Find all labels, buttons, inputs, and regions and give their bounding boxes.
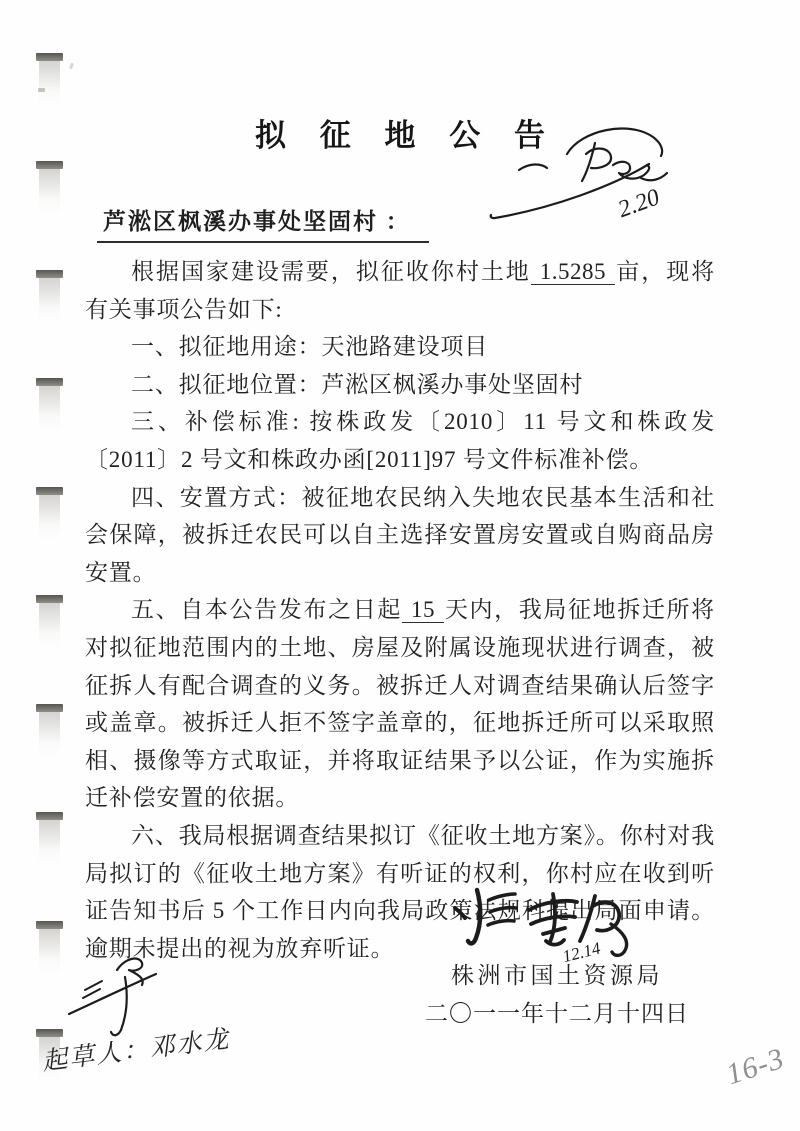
binding-mark [36, 270, 63, 324]
scanned-notice-page: 拟 征 地 公 告 芦淞区枫溪办事处坚固村 ： 根据国家建设需要，拟征收你村土地… [0, 0, 800, 1131]
paragraph-intro: 根据国家建设需要，拟征收你村土地1.5285亩，现将有关事项公告如下: [85, 253, 715, 328]
binding-mark [36, 53, 63, 107]
binding-mark [36, 704, 63, 758]
handwritten-date-top: 2.20 [615, 184, 663, 223]
days-value: 15 [402, 597, 444, 623]
handwritten-date-official: 12.14 [561, 938, 603, 966]
notice-body: 根据国家建设需要，拟征收你村土地1.5285亩，现将有关事项公告如下: 一、拟征… [85, 253, 715, 967]
paragraph-item-2: 二、拟征地位置：芦淞区枫溪办事处坚固村 [85, 366, 715, 404]
page-number: 16-3 [722, 1042, 789, 1093]
paragraph-item-1: 一、拟征地用途：天池路建设项目 [85, 328, 715, 366]
handwritten-signature-official: 12.14 [443, 884, 663, 968]
paragraph-item-3: 三、补偿标准: 按株政发〔2010〕11 号文和株政发〔2011〕2 号文和株政… [85, 403, 715, 478]
item5-text-post: 天内，我局征地拆迁所将对拟征地范围内的土地、房屋及附属设施现状进行调查，被征拆人… [85, 597, 715, 810]
paragraph-item-4: 四、安置方式：被征地农民纳入失地农民基本生活和社会保障，被拆迁农民可以自主选择安… [85, 479, 715, 592]
binding-mark [36, 487, 63, 541]
issue-date: 二〇一一年十二月十四日 [403, 995, 711, 1033]
scan-speck [69, 63, 74, 70]
binding-mark [36, 161, 63, 215]
signature-block: 株洲市国土资源局 二〇一一年十二月十四日 [403, 957, 711, 1033]
intro-text-pre: 根据国家建设需要，拟征收你村土地 [131, 259, 531, 284]
binding-mark [36, 378, 63, 432]
binding-mark [36, 812, 63, 866]
land-area-value: 1.5285 [531, 259, 615, 285]
binding-mark [36, 595, 63, 649]
paragraph-item-5: 五、自本公告发布之日起15天内，我局征地拆迁所将对拟征地范围内的土地、房屋及附属… [85, 591, 715, 817]
salutation-village: 芦淞区枫溪办事处坚固村 ： [97, 206, 429, 243]
handwritten-signature-top: 2.20 [483, 118, 708, 228]
scan-speck [38, 88, 45, 92]
item5-text-pre: 五、自本公告发布之日起 [131, 597, 402, 622]
